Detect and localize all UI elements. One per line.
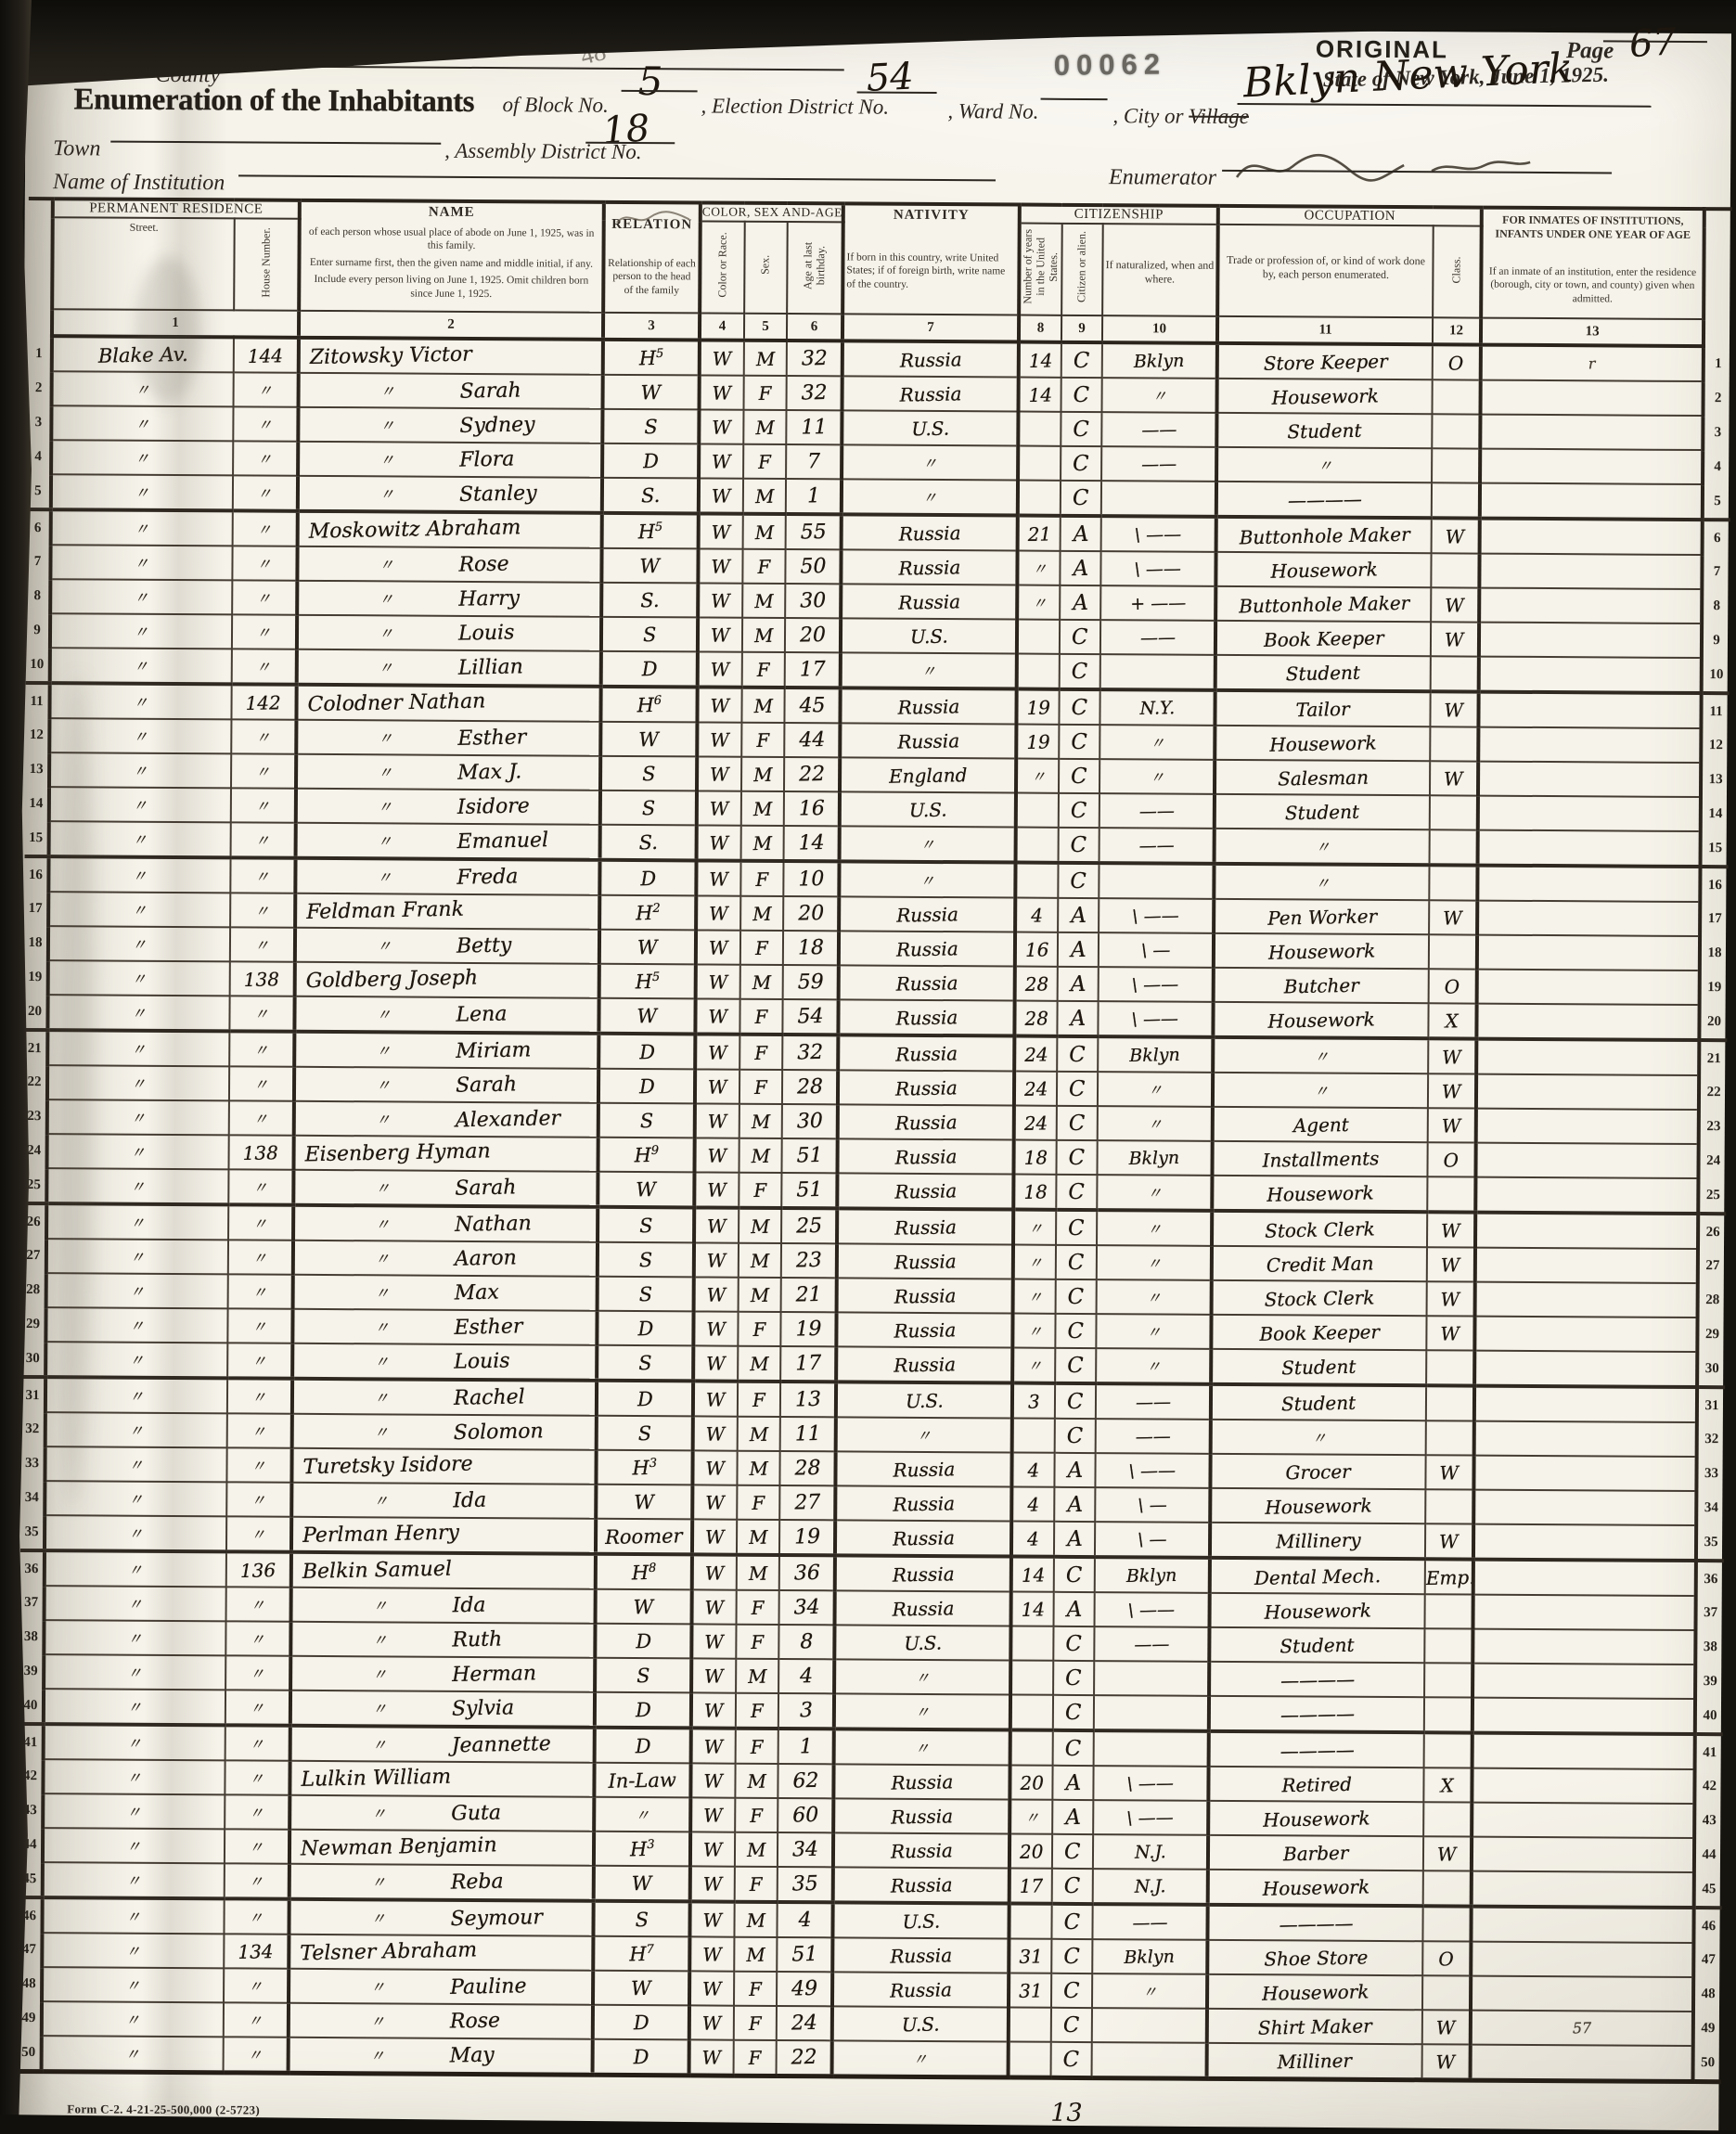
cell-house: 〃: [229, 1100, 294, 1135]
cell-occupation: Salesman: [1215, 760, 1430, 795]
cell-nativity: Russia: [835, 1451, 1011, 1486]
cell-house: 〃: [233, 475, 298, 510]
cell-years_us: 〃: [1012, 1314, 1055, 1348]
enumerator-signature: [1231, 142, 1537, 192]
cell-class: W: [1427, 1281, 1475, 1316]
election-label: , Election District No.: [701, 94, 889, 119]
name-note2: Include every person living on June 1, 1…: [302, 273, 599, 302]
row-number-right: 14: [1701, 797, 1729, 831]
cell-inmates: [1474, 1386, 1697, 1422]
cell-citizen: C: [1053, 1626, 1094, 1661]
row-number-right: 23: [1699, 1110, 1727, 1144]
cell-age: 10: [783, 861, 839, 896]
cell-relation: H8: [596, 1554, 692, 1590]
cell-years_us: 14: [1019, 342, 1061, 378]
row-number-left: 7: [26, 545, 50, 579]
cell-inmates: [1475, 1248, 1698, 1283]
cell-inmates: [1480, 483, 1703, 520]
cell-citizen: A: [1058, 898, 1099, 932]
cell-house: 〃: [226, 1516, 291, 1551]
cell-occupation: Buttonhole Maker: [1216, 517, 1432, 553]
cell-years_us: 16: [1015, 932, 1058, 967]
cell-occupation: Housework: [1210, 1488, 1425, 1523]
cell-street: 〃: [45, 1550, 226, 1587]
cell-nativity: 〃: [842, 444, 1018, 480]
cell-sex: M: [735, 1764, 778, 1798]
cell-street: 〃: [44, 1654, 225, 1690]
cell-years_us: 31: [1009, 1973, 1051, 2008]
cell-class: [1426, 1385, 1474, 1421]
cell-name: Moskowitz Abraham: [298, 511, 602, 548]
row-number-right: 31: [1697, 1387, 1725, 1422]
cell-inmates: [1471, 1942, 1693, 1977]
cell-relation: H6: [600, 687, 697, 723]
cell-years_us: [1016, 828, 1059, 863]
cell-house: 〃: [225, 1621, 290, 1655]
cell-relation: H5: [603, 340, 700, 376]
cell-street: 〃: [44, 1724, 225, 1760]
cell-house: 〃: [225, 1690, 290, 1725]
cell-naturalized: \ ——: [1101, 516, 1216, 552]
cell-class: [1426, 1350, 1474, 1385]
row-number-left: 12: [25, 718, 49, 752]
cell-age: 8: [778, 1625, 834, 1659]
cell-citizen: C: [1051, 1973, 1092, 2008]
cell-occupation: ————: [1209, 1731, 1424, 1768]
cell-relation: W: [600, 722, 697, 757]
cell-sex: F: [740, 931, 783, 965]
cell-color: W: [697, 687, 741, 722]
cell-name: 〃Ida: [291, 1588, 596, 1624]
cell-sex: M: [743, 410, 786, 444]
cell-sex: F: [738, 1312, 780, 1346]
cell-naturalized: ——: [1101, 446, 1216, 482]
cell-name: 〃Flora: [298, 442, 602, 478]
cell-inmates: [1479, 657, 1702, 693]
cell-nativity: 〃: [834, 1729, 1010, 1765]
cell-age: 24: [777, 2006, 832, 2040]
cell-name: Turetsky Isidore: [291, 1448, 596, 1485]
row-number-left: 30: [21, 1342, 45, 1377]
cell-years_us: 〃: [1017, 585, 1060, 620]
row-number-right: 38: [1695, 1630, 1723, 1665]
row-number-right: 28: [1698, 1283, 1726, 1318]
cell-age: 22: [784, 757, 840, 791]
cell-street: 〃: [45, 1377, 227, 1413]
cell-citizen: C: [1059, 793, 1099, 828]
cell-years_us: [1010, 1695, 1053, 1730]
cell-naturalized: \ —: [1099, 932, 1214, 968]
cell-color: W: [694, 1207, 739, 1242]
cell-nativity: Russia: [835, 1485, 1011, 1521]
cell-color: W: [691, 1692, 736, 1728]
cell-naturalized: \ ——: [1099, 898, 1214, 933]
age-subheader: Age at last birthday.: [787, 222, 843, 314]
row-number-right: 33: [1696, 1457, 1724, 1491]
cell-name: Colodner Nathan: [296, 685, 600, 722]
cell-inmates: 57: [1471, 2011, 1693, 2046]
cell-age: 11: [780, 1417, 836, 1451]
cell-class: [1427, 1176, 1475, 1212]
row-number-right: 16: [1700, 867, 1728, 902]
cell-years_us: 24: [1014, 1036, 1057, 1072]
cell-naturalized: N.Y.: [1099, 689, 1215, 726]
cell-sex: M: [739, 1138, 781, 1173]
cell-relation: D: [595, 1624, 691, 1659]
row-number-right: 24: [1699, 1144, 1727, 1178]
cell-naturalized: \ ——: [1095, 1453, 1210, 1488]
cell-occupation: Book Keeper: [1211, 1315, 1426, 1350]
cell-street: 〃: [52, 371, 234, 406]
cell-sex: F: [735, 1867, 778, 1902]
cell-naturalized: [1099, 863, 1214, 899]
cell-street: 〃: [51, 440, 233, 475]
inmates-desc: If an inmate of an institution, enter th…: [1485, 265, 1700, 307]
cell-name: 〃Sylvia: [290, 1690, 595, 1728]
cell-nativity: Russia: [840, 723, 1016, 758]
cell-naturalized: 〃: [1096, 1348, 1211, 1384]
cell-street: 〃: [42, 1967, 224, 2002]
cell-age: 32: [787, 376, 842, 410]
cell-name: 〃Ida: [291, 1483, 596, 1519]
cell-street: 〃: [51, 509, 233, 546]
census-table: PERMANENT RESIDENCE NAME of each person …: [18, 197, 1732, 2084]
cell-color: W: [689, 2005, 734, 2039]
cell-relation: W: [593, 1971, 689, 2006]
cell-nativity: U.S.: [834, 1625, 1010, 1660]
name-desc: of each person whose usual place of abod…: [303, 225, 600, 254]
row-number-right: 41: [1695, 1734, 1723, 1769]
cell-house: 〃: [231, 788, 296, 822]
town-line: [110, 141, 441, 145]
colnum-6: 6: [787, 314, 842, 341]
row-number-left: 15: [25, 821, 49, 856]
cell-inmates: [1473, 1490, 1696, 1525]
cell-years_us: 14: [1019, 378, 1061, 412]
cell-age: 60: [778, 1798, 833, 1832]
colnum-5: 5: [744, 314, 787, 341]
cell-class: W: [1428, 1038, 1476, 1073]
cell-naturalized: 〃: [1097, 1210, 1212, 1246]
cell-name: 〃Esther: [292, 1309, 597, 1345]
cell-sex: M: [736, 1659, 778, 1693]
cell-occupation: Retired: [1208, 1767, 1423, 1802]
cell-citizen: C: [1051, 2042, 1092, 2078]
cell-street: 〃: [49, 718, 231, 753]
cell-years_us: 4: [1011, 1522, 1054, 1557]
cell-naturalized: [1092, 2008, 1207, 2043]
cell-house: 138: [230, 961, 295, 996]
cell-relation: S: [600, 756, 697, 791]
cell-occupation: Shirt Maker: [1207, 2009, 1422, 2044]
cell-inmates: [1476, 1109, 1699, 1144]
row-number-left: 21: [23, 1030, 47, 1065]
cell-sex: F: [736, 1625, 778, 1659]
cell-sex: M: [741, 688, 784, 723]
cell-occupation: Student: [1211, 1349, 1426, 1385]
row-number-right: 45: [1694, 1872, 1722, 1908]
cell-relation: D: [601, 651, 698, 688]
cell-name: 〃Rachel: [292, 1379, 597, 1416]
cell-relation: S: [595, 1658, 691, 1693]
cell-color: W: [699, 444, 743, 478]
row-number-right: 39: [1695, 1665, 1723, 1699]
cell-house: 〃: [228, 1274, 293, 1308]
nativity-desc: If born in this country, write United St…: [846, 251, 1015, 291]
row-number-left: 36: [20, 1550, 45, 1586]
cell-house: 〃: [226, 1447, 291, 1482]
cell-inmates: [1479, 588, 1702, 623]
cell-sex: F: [735, 1798, 778, 1832]
cell-relation: W: [596, 1589, 692, 1625]
cell-inmates: [1474, 1351, 1697, 1387]
cell-name: Perlman Henry: [291, 1517, 596, 1554]
cell-nativity: Russia: [835, 1590, 1011, 1626]
cell-naturalized: ——: [1094, 1626, 1209, 1662]
cell-color: W: [695, 1034, 739, 1069]
cell-nativity: U.S.: [832, 2006, 1009, 2041]
cell-occupation: Stock Clerk: [1212, 1211, 1427, 1247]
row-number-right: 15: [1701, 831, 1729, 867]
cell-occupation: Housework: [1210, 1593, 1425, 1628]
cell-age: 27: [779, 1485, 835, 1520]
cell-street: 〃: [50, 648, 232, 684]
colnum-4: 4: [700, 313, 744, 340]
cell-inmates: [1472, 1733, 1695, 1769]
cell-occupation: Housework: [1208, 1801, 1423, 1836]
cell-name: Goldberg Joseph: [295, 962, 599, 998]
cell-occupation: Student: [1216, 413, 1432, 448]
cell-naturalized: 〃: [1092, 1973, 1207, 2009]
cell-name: 〃Betty: [295, 928, 599, 964]
cell-sex: M: [737, 1520, 779, 1555]
cell-years_us: 〃: [1017, 551, 1060, 585]
city-value: Bklyn New York: [1242, 45, 1575, 107]
cell-nativity: Russia: [833, 1764, 1009, 1799]
cell-age: 49: [777, 1972, 832, 2006]
cell-naturalized: + ——: [1100, 585, 1215, 621]
cell-sex: F: [737, 1485, 779, 1520]
cell-color: W: [690, 1763, 735, 1797]
institution-line: [238, 174, 996, 181]
cell-name: 〃Rose: [289, 2003, 593, 2039]
cell-name: 〃Sydney: [298, 407, 602, 444]
cell-age: 54: [782, 999, 838, 1035]
cell-name: 〃Stanley: [298, 476, 602, 513]
cell-inmates: [1477, 970, 1700, 1005]
cell-years_us: 18: [1013, 1175, 1056, 1210]
cell-street: 〃: [51, 405, 233, 441]
cell-sex: M: [741, 757, 784, 791]
cell-house: 〃: [225, 1829, 289, 1863]
cell-relation: S: [598, 1277, 694, 1312]
cell-nativity: Russia: [840, 688, 1016, 724]
cell-name: 〃Solomon: [292, 1414, 597, 1450]
cell-naturalized: ——: [1101, 412, 1216, 447]
cell-class: W: [1429, 900, 1477, 934]
cell-relation: H3: [594, 1832, 690, 1867]
cell-color: W: [691, 1728, 736, 1763]
cell-color: W: [692, 1450, 737, 1485]
ward-label: , Ward No.: [947, 99, 1038, 124]
block-value: 5: [638, 58, 663, 104]
cell-relation: D: [602, 444, 699, 479]
cell-nativity: Russia: [838, 1104, 1014, 1139]
cell-years_us: 3: [1012, 1383, 1055, 1419]
cell-years_us: [1010, 1661, 1053, 1695]
cell-age: 20: [785, 618, 841, 652]
cell-citizen: C: [1061, 412, 1101, 446]
cell-house: 138: [228, 1135, 293, 1169]
row-number-right: 2: [1704, 381, 1731, 416]
cell-relation: W: [598, 998, 695, 1035]
cell-relation: D: [597, 1311, 693, 1346]
cell-class: [1432, 482, 1480, 518]
cell-inmates: [1476, 1004, 1699, 1040]
cell-sex: M: [744, 341, 787, 376]
nativity-title: NATIVITY: [845, 207, 1018, 224]
cell-citizen: C: [1061, 446, 1101, 481]
cell-age: 34: [779, 1590, 835, 1625]
cell-inmates: [1479, 554, 1702, 589]
class-subheader: Class.: [1433, 225, 1482, 317]
cell-age: 51: [781, 1173, 837, 1208]
cell-house: 〃: [226, 1482, 291, 1516]
cell-occupation: 〃: [1213, 1073, 1428, 1108]
cell-color: W: [693, 1416, 738, 1450]
cell-nativity: Russia: [835, 1520, 1011, 1556]
cell-relation: D: [599, 860, 696, 896]
cell-name: 〃Max: [293, 1275, 598, 1311]
cell-citizen: C: [1059, 689, 1099, 725]
cell-color: W: [696, 964, 740, 998]
cell-color: W: [698, 583, 742, 617]
cell-naturalized: 〃: [1098, 1072, 1213, 1107]
cell-sex: M: [734, 1937, 777, 1972]
cell-color: W: [692, 1589, 737, 1624]
cell-sex: F: [734, 1972, 777, 2006]
cell-nativity: U.S.: [841, 618, 1017, 653]
cell-naturalized: [1100, 654, 1215, 690]
street-subheader: Street.: [52, 217, 235, 310]
cell-age: 3: [778, 1693, 834, 1729]
cell-naturalized: Bklyn: [1102, 342, 1217, 379]
row-number-left: 20: [23, 995, 47, 1030]
cell-occupation: Tailor: [1215, 690, 1430, 726]
cell-relation: In-Law: [594, 1763, 690, 1798]
cell-class: [1422, 1906, 1471, 1941]
cell-house: 〃: [224, 2002, 289, 2037]
cell-occupation: 〃: [1216, 447, 1432, 482]
cell-color: W: [694, 1172, 739, 1207]
cell-age: 17: [780, 1346, 836, 1382]
cell-name: Belkin Samuel: [291, 1552, 596, 1589]
cell-color: W: [694, 1138, 739, 1172]
cell-class: W: [1431, 622, 1479, 656]
cell-years_us: [1018, 412, 1061, 446]
form-title: Enumeration of the Inhabitants: [73, 83, 474, 120]
cell-house: 〃: [225, 1725, 290, 1760]
cell-inmates: [1472, 1803, 1694, 1838]
years-us-subheader: Number of years in the United States.: [1019, 224, 1062, 315]
cell-sex: M: [740, 896, 783, 931]
cell-citizen: C: [1055, 1383, 1096, 1419]
cell-color: W: [692, 1485, 737, 1519]
cell-occupation: Grocer: [1210, 1454, 1425, 1489]
colnum-11: 11: [1217, 316, 1433, 344]
cell-naturalized: 〃: [1097, 1245, 1212, 1280]
cell-sex: M: [739, 1243, 781, 1278]
cell-years_us: 14: [1011, 1557, 1054, 1592]
cell-inmates: [1477, 935, 1700, 971]
row-number-left: 33: [20, 1446, 45, 1481]
cell-color: W: [700, 375, 744, 409]
row-number-right: 12: [1701, 728, 1729, 763]
cell-age: 1: [778, 1729, 834, 1764]
colnum-3: 3: [603, 313, 700, 341]
cell-name: 〃Guta: [289, 1795, 594, 1832]
cell-occupation: Credit Man: [1212, 1246, 1427, 1281]
row-number-right: 40: [1695, 1699, 1723, 1734]
cell-color: W: [699, 409, 743, 444]
cell-nativity: 〃: [834, 1693, 1010, 1729]
cell-street: 〃: [42, 1933, 224, 1968]
cell-inmates: [1473, 1524, 1696, 1561]
enumerator-label: Enumerator: [1109, 165, 1216, 191]
left-margin: [28, 199, 53, 336]
village-struck: Village: [1189, 105, 1249, 128]
cell-class: W: [1428, 1073, 1476, 1108]
cell-class: W: [1425, 1523, 1473, 1559]
cell-years_us: [1009, 1904, 1051, 1939]
cell-sex: F: [739, 999, 782, 1035]
cell-years_us: 28: [1014, 1001, 1057, 1036]
cell-name: 〃Freda: [295, 858, 599, 895]
cell-house: 〃: [231, 719, 296, 753]
cell-house: 〃: [229, 1066, 294, 1100]
row-number-right: 29: [1697, 1318, 1725, 1352]
cell-occupation: ————: [1207, 1905, 1422, 1941]
cell-street: 〃: [49, 683, 231, 719]
cell-citizen: C: [1055, 1348, 1096, 1383]
row-number-right: 36: [1696, 1561, 1724, 1596]
cell-street: 〃: [43, 1828, 225, 1863]
cell-color: W: [695, 998, 739, 1034]
cell-class: W: [1423, 1836, 1472, 1870]
cell-street: 〃: [48, 892, 230, 927]
cell-relation: H2: [599, 895, 696, 931]
cell-street: 〃: [44, 1689, 225, 1725]
cell-street: 〃: [42, 2036, 224, 2073]
cell-inmates: [1472, 1871, 1694, 1908]
cell-years_us: [1015, 863, 1058, 898]
cell-age: 19: [779, 1520, 835, 1555]
cell-color: W: [696, 930, 740, 964]
cell-class: W: [1428, 1108, 1476, 1142]
cell-naturalized: 〃: [1102, 378, 1217, 413]
cell-citizen: C: [1051, 2008, 1092, 2042]
cell-name: 〃Herman: [290, 1656, 595, 1692]
cell-age: 35: [778, 1867, 833, 1902]
cell-color: W: [690, 1797, 735, 1832]
cell-age: 44: [784, 723, 840, 757]
cell-relation: H7: [593, 1936, 689, 1972]
cell-years_us: [1018, 481, 1061, 516]
row-number-left: 9: [26, 613, 50, 648]
cell-name: 〃Harry: [297, 581, 601, 617]
cell-inmates: [1478, 796, 1701, 831]
cell-name: Telsner Abraham: [289, 1935, 593, 1971]
